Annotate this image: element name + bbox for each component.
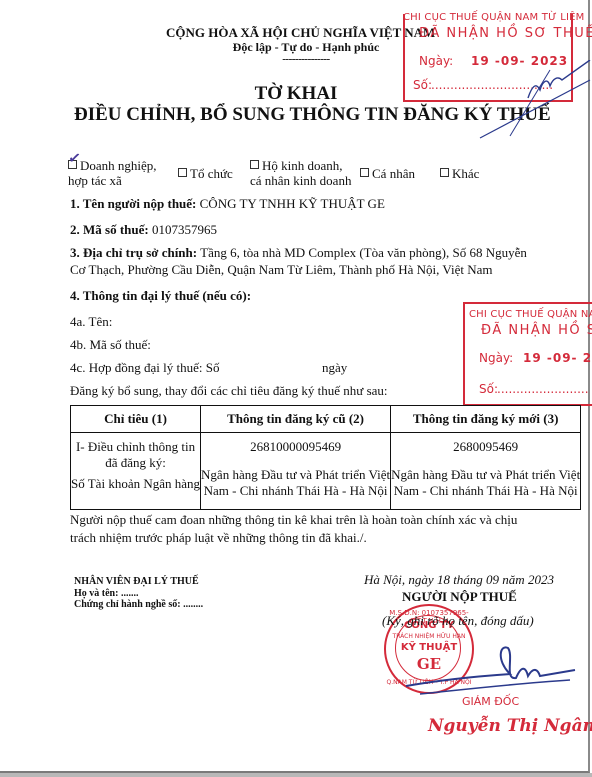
page-edge: [0, 773, 592, 777]
old-bank-line1: Ngân hàng Đầu tư và Phát triển Việt: [201, 467, 390, 483]
stamp-date: 19 -09- 2023: [523, 351, 592, 365]
signer-role: NGƯỜI NỘP THUẾ: [402, 589, 517, 605]
col-new-info: Thông tin đăng ký mới (3): [391, 406, 581, 433]
table-header-row: Chỉ tiêu (1) Thông tin đăng ký cũ (2) Th…: [71, 406, 581, 433]
stamp-agency: CHI CỤC THUẾ QUẬN NAM: [469, 309, 592, 320]
address-row: 3. Địa chỉ trụ sở chính: Tầng 6, tòa nhà…: [70, 245, 527, 261]
checkbox-icon[interactable]: [250, 160, 259, 169]
old-bank-line2: Nam - Chi nhánh Thái Hà - Hà Nội: [201, 483, 390, 499]
agent-staff-name: Họ và tên: .......: [74, 588, 138, 599]
signature-instruction: (Ký, ghi rõ họ tên, đóng dấu): [382, 613, 534, 629]
stamp-status: ĐÃ NHẬN HỒ SƠ: [481, 323, 592, 338]
checkbox-checked-icon[interactable]: ✓: [68, 160, 77, 169]
taxpayer-name: CÔNG TY TNHH KỸ THUẬT GE: [196, 196, 385, 211]
new-account-number: 2680095469: [391, 439, 580, 455]
option-other[interactable]: Khác: [440, 166, 479, 181]
checkbox-icon[interactable]: [440, 168, 449, 177]
agent-contract-date-label: ngày: [322, 360, 347, 376]
commitment-line-2: trách nhiệm trước pháp luật về những thô…: [70, 530, 367, 546]
taxpayer-name-row: 1. Tên người nộp thuế: CÔNG TY TNHH KỸ T…: [70, 196, 385, 212]
col-criterion: Chỉ tiêu (1): [71, 406, 201, 433]
checkbox-icon[interactable]: [178, 168, 187, 177]
stamp-number-label: Số:: [479, 382, 498, 396]
new-bank-line1: Ngân hàng Đầu tư và Phát triển Việt: [391, 467, 580, 483]
address-line-1: Tầng 6, tòa nhà MD Complex (Tòa văn phòn…: [197, 245, 527, 260]
tax-code: 0107357965: [149, 222, 217, 237]
new-info-cell: 2680095469 Ngân hàng Đầu tư và Phát triể…: [391, 433, 581, 510]
criterion-cell: I- Điều chỉnh thông tin đã đăng ký: Số T…: [71, 433, 201, 510]
table-row: I- Điều chỉnh thông tin đã đăng ký: Số T…: [71, 433, 581, 510]
option-household-business[interactable]: Hộ kinh doanh, cá nhân kinh doanh: [250, 158, 351, 188]
registration-change-table: Chỉ tiêu (1) Thông tin đăng ký cũ (2) Th…: [70, 405, 581, 510]
commitment-line-1: Người nộp thuế cam đoan những thông tin …: [70, 512, 517, 528]
address-line-2: Cơ Thạch, Phường Cầu Diễn, Quận Nam Từ L…: [70, 262, 493, 278]
agent-name-label: 4a. Tên:: [70, 314, 112, 330]
stamp-number-label: Số:: [413, 78, 432, 92]
handwritten-signature-icon: [400, 640, 580, 700]
agent-contract-label: 4c. Hợp đồng đại lý thuế: Số: [70, 360, 220, 376]
agent-staff-certificate: Chứng chỉ hành nghề số: ........: [74, 599, 203, 610]
signer-name: Nguyễn Thị Ngân: [428, 716, 592, 736]
tax-office-received-stamp-2: CHI CỤC THUẾ QUẬN NAM ĐÃ NHẬN HỒ SƠ Ngày…: [463, 302, 592, 406]
stamp-status: ĐÃ NHẬN HỒ SƠ THUẾ: [419, 26, 592, 41]
stamp-number-dots: ........................: [497, 382, 589, 396]
old-info-cell: 26810000095469 Ngân hàng Đầu tư và Phát …: [201, 433, 391, 510]
checkbox-icon[interactable]: [360, 168, 369, 177]
registration-intro: Đăng ký bổ sung, thay đổi các chỉ tiêu đ…: [70, 383, 388, 399]
stamp-date-label: Ngày:: [479, 351, 513, 365]
option-organization[interactable]: Tổ chức: [178, 166, 233, 181]
old-account-number: 26810000095469: [201, 439, 390, 455]
form-title: TỜ KHAI: [150, 83, 442, 105]
new-bank-line2: Nam - Chi nhánh Thái Hà - Hà Nội: [391, 483, 580, 499]
director-title: GIÁM ĐỐC: [462, 695, 519, 708]
option-enterprise[interactable]: ✓Doanh nghiệp, hợp tác xã: [68, 158, 157, 188]
agent-info-heading: 4. Thông tin đại lý thuế (nếu có):: [70, 288, 251, 304]
option-individual[interactable]: Cá nhân: [360, 166, 415, 181]
place-date: Hà Nội, ngày 18 tháng 09 năm 2023: [364, 572, 554, 588]
col-old-info: Thông tin đăng ký cũ (2): [201, 406, 391, 433]
initials-signature-icon: [440, 60, 592, 140]
agent-tax-code-label: 4b. Mã số thuế:: [70, 337, 151, 353]
stamp-agency: CHI CỤC THUẾ QUẬN NAM TỪ LIÊM: [403, 12, 573, 23]
tax-code-row: 2. Mã số thuế: 0107357965: [70, 222, 217, 238]
agent-staff-title: NHÂN VIÊN ĐẠI LÝ THUẾ: [74, 576, 199, 587]
